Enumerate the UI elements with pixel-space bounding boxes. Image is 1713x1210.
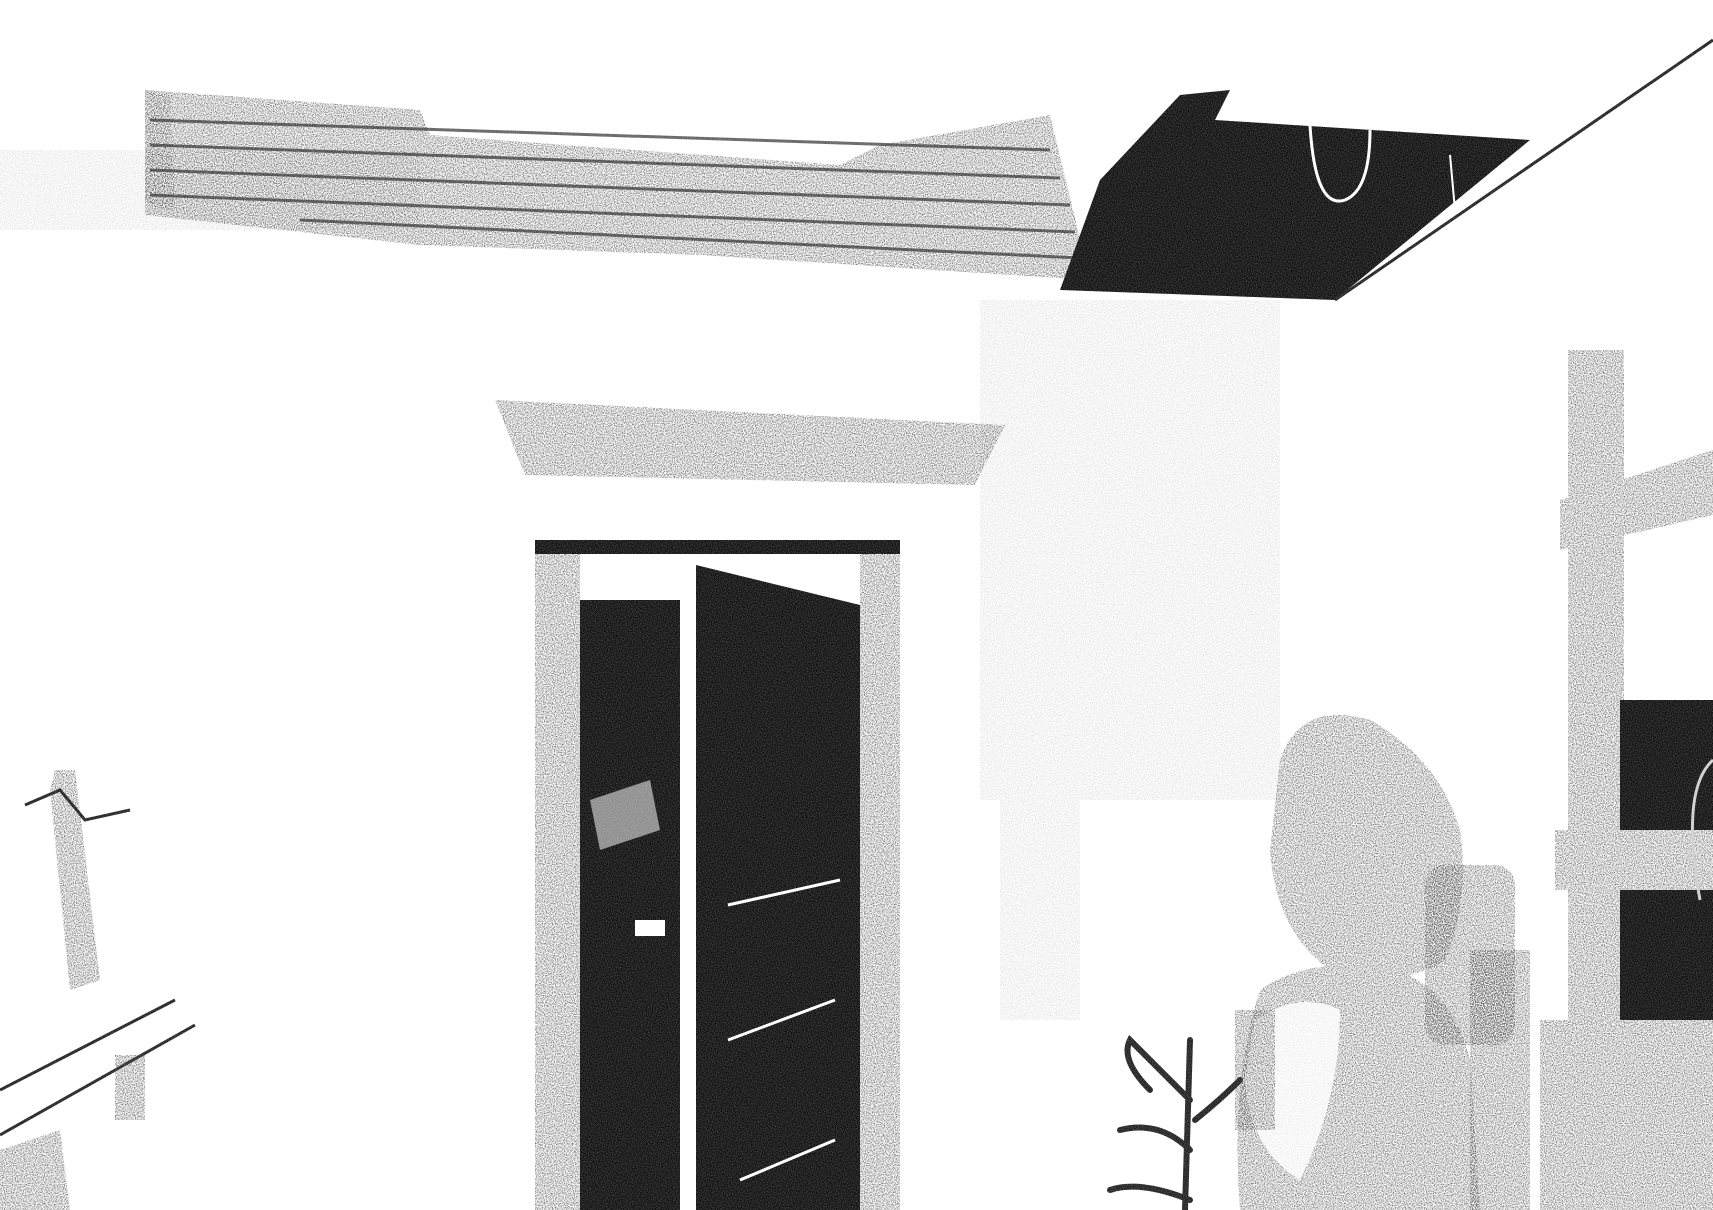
- halftone-speckle: [0, 0, 1713, 1210]
- photograph: [0, 0, 1713, 1210]
